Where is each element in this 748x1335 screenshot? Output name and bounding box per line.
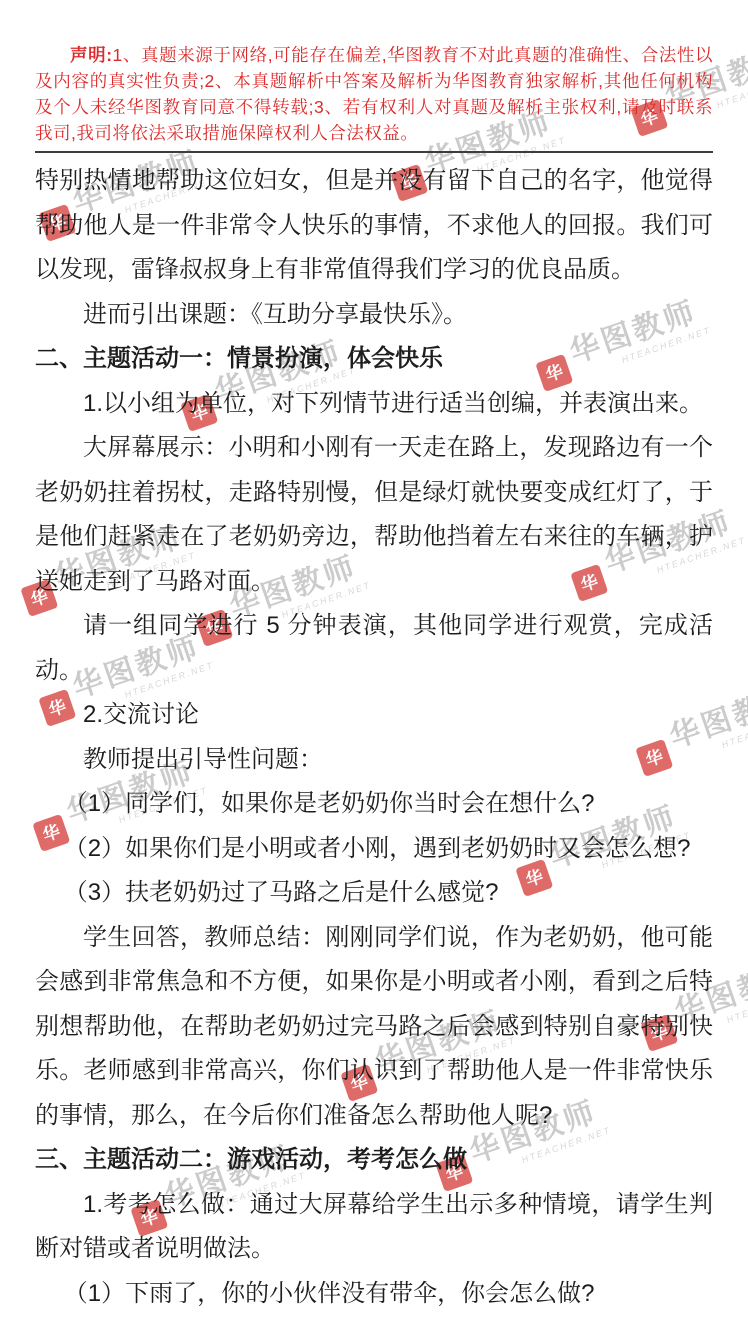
- disclaimer-label: 声明:: [70, 45, 113, 65]
- paragraph: 请一组同学进行 5 分钟表演，其他同学进行观赏，完成活动。: [35, 604, 713, 693]
- paragraph: 教师提出引导性问题：: [35, 738, 713, 783]
- paragraph: 学生回答，教师总结：刚刚同学们说，作为老奶奶，他可能会感到非常焦急和不方便，如果…: [35, 916, 713, 1139]
- paragraph: （3）扶老奶奶过了马路之后是什么感觉?: [35, 871, 713, 916]
- paragraph: 特别热情地帮助这位妇女，但是并没有留下自己的名字，他觉得帮助他人是一件非常令人快…: [35, 159, 713, 293]
- document-content: 声明:1、真题来源于网络,可能存在偏差,华图教育不对此真题的准确性、合法性以及内…: [0, 0, 748, 1316]
- paragraph: 进而引出课题：《互助分享最快乐》。: [35, 293, 713, 338]
- disclaimer: 声明:1、真题来源于网络,可能存在偏差,华图教育不对此真题的准确性、合法性以及内…: [35, 42, 713, 146]
- paragraph: （2）如果你们是小明或者小刚，遇到老奶奶时又会怎么想?: [35, 827, 713, 872]
- document-page: 华华图教师HTEACHER.NET华华图教师HTEACHER.NET华华图教师H…: [0, 0, 748, 1335]
- paragraph: 2.交流讨论: [35, 693, 713, 738]
- paragraph: （1）下雨了，你的小伙伴没有带伞，你会怎么做?: [35, 1272, 713, 1317]
- disclaimer-text: 1、真题来源于网络,可能存在偏差,华图教育不对此真题的准确性、合法性以及内容的真…: [35, 45, 713, 143]
- paragraph: 大屏幕展示：小明和小刚有一天走在路上，发现路边有一个老奶奶拄着拐杖，走路特别慢，…: [35, 426, 713, 604]
- section-heading: 三、主题活动二：游戏活动，考考怎么做: [35, 1138, 713, 1183]
- paragraph: 1.以小组为单位，对下列情节进行适当创编，并表演出来。: [35, 382, 713, 427]
- section-heading: 二、主题活动一：情景扮演，体会快乐: [35, 337, 713, 382]
- divider-rule: [35, 151, 713, 153]
- document-body: 特别热情地帮助这位妇女，但是并没有留下自己的名字，他觉得帮助他人是一件非常令人快…: [35, 159, 713, 1316]
- paragraph: 1.考考怎么做：通过大屏幕给学生出示多种情境，请学生判断对错或者说明做法。: [35, 1183, 713, 1272]
- paragraph: （1）同学们，如果你是老奶奶你当时会在想什么?: [35, 782, 713, 827]
